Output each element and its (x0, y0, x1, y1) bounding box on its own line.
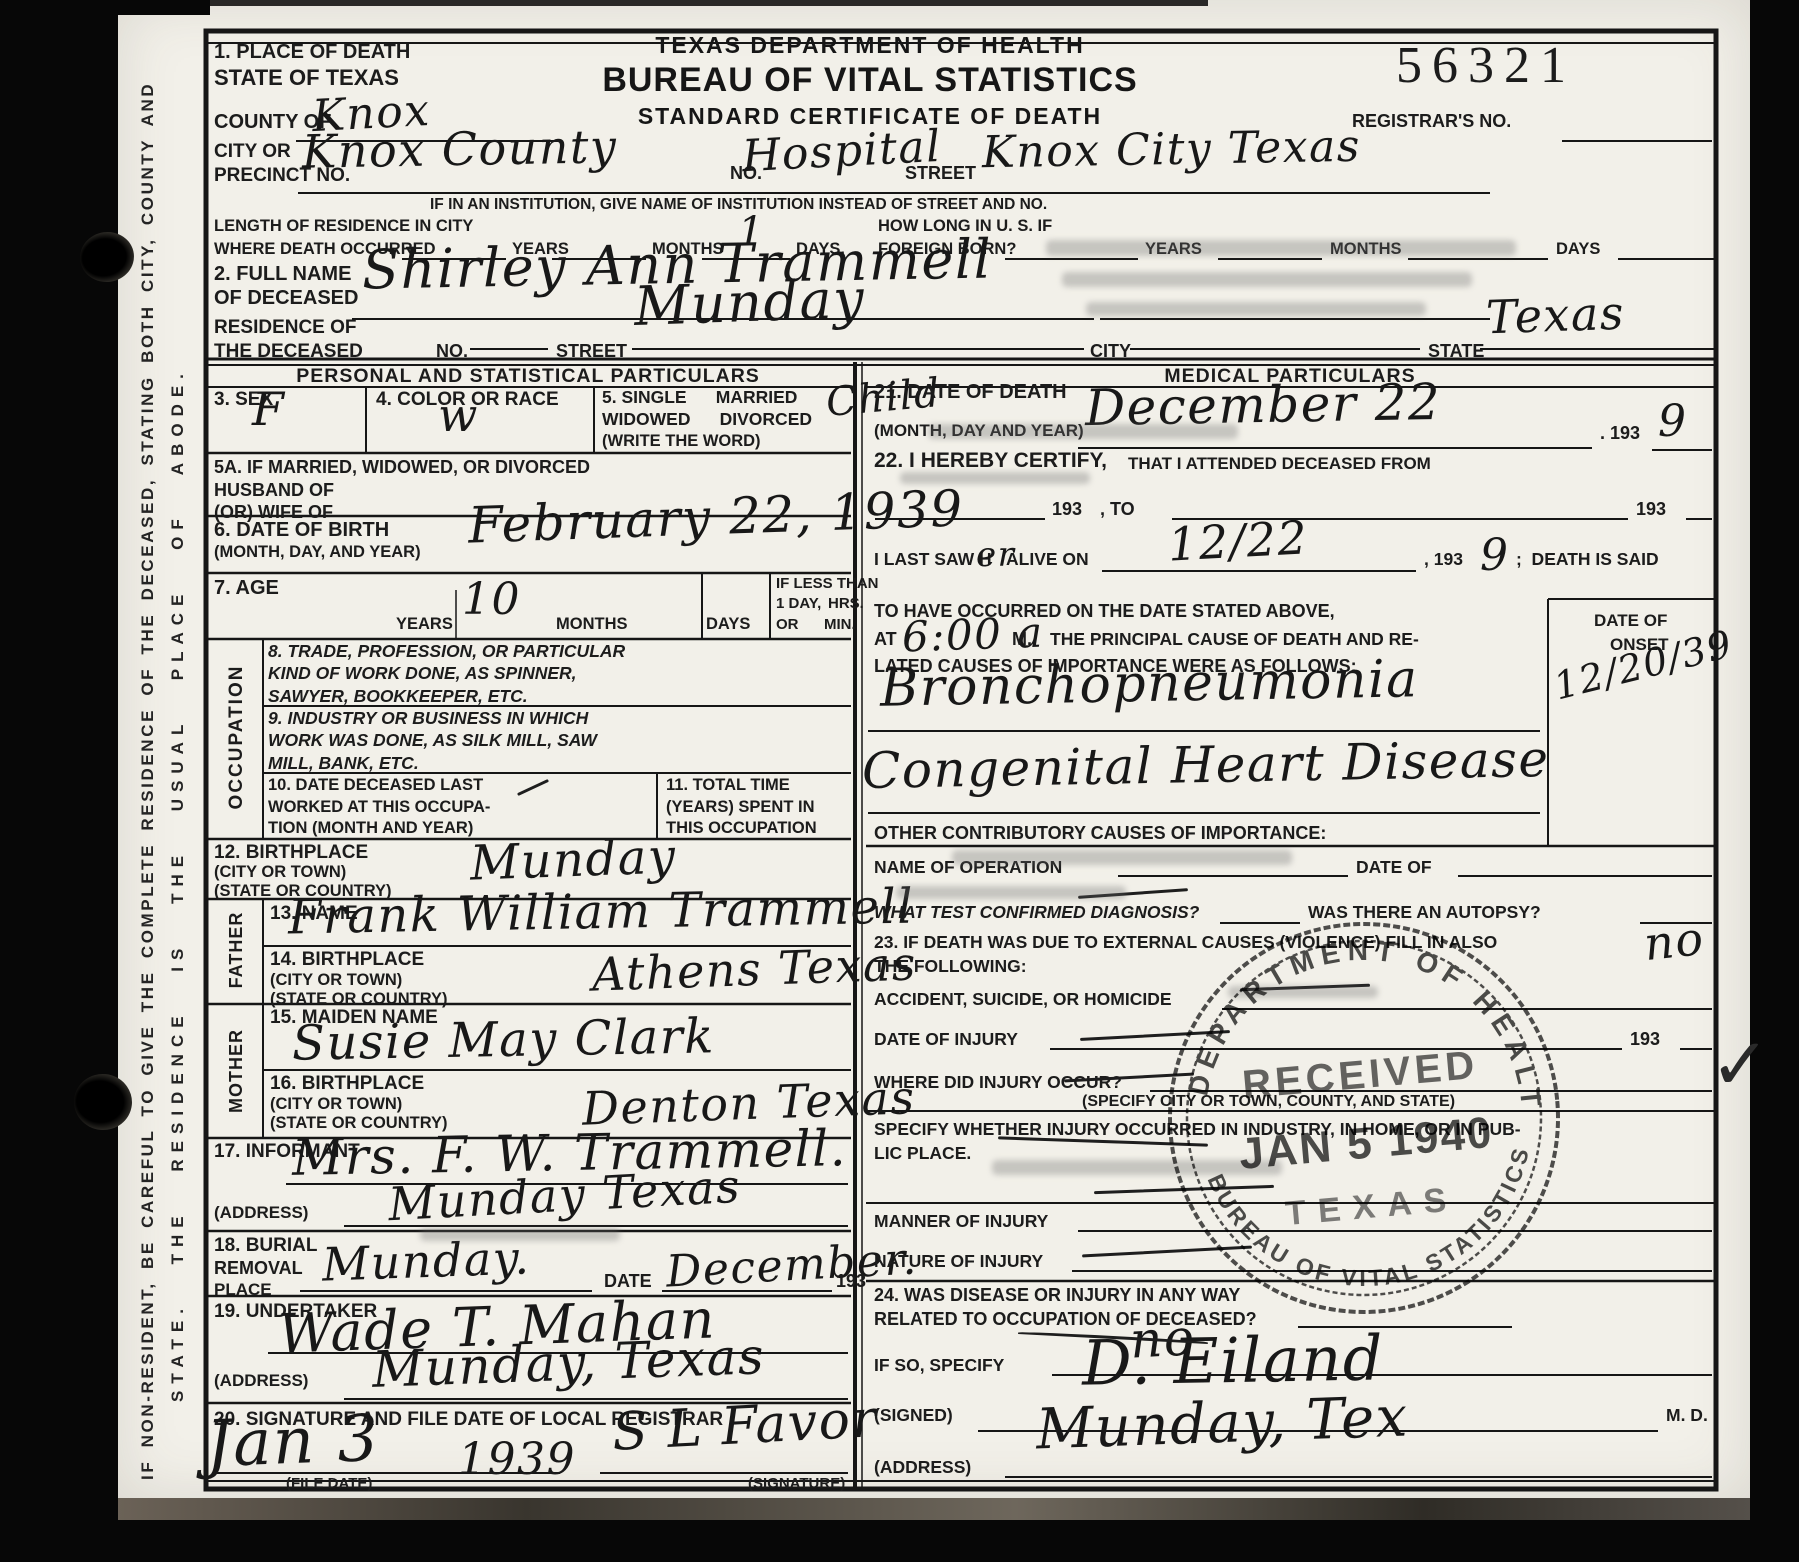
label-q21: 21. DATE OF DEATH (874, 382, 1067, 403)
stamp-date: JAN 5 1940 (1237, 1108, 1495, 1179)
label-age: 7. AGE (214, 578, 279, 599)
label-q16-city: (CITY OR TOWN) (270, 1096, 402, 1113)
label-q18-3: PLACE (214, 1281, 272, 1299)
label-q14-state: (STATE OR COUNTRY) (270, 991, 448, 1008)
label-resident-1: RESIDENCE OF (214, 318, 357, 338)
value-lastsaw-digit: 9 (1480, 534, 1510, 578)
value-burial-place: Munday. (321, 1234, 531, 1287)
label-burial-date: DATE (604, 1272, 652, 1291)
label-q18-1: 18. BURIAL (214, 1236, 317, 1256)
label-q22-year2: 193 (1636, 500, 1666, 519)
label-where-injury: WHERE DID INJURY OCCUR? (874, 1073, 1122, 1092)
received-stamp: DEPARTMENT OF HEALTH BUREAU OF VITAL STA… (1139, 893, 1590, 1344)
label-date-of: DATE OF (1356, 858, 1432, 877)
label-5a-2: HUSBAND OF (214, 481, 334, 500)
label-signature: (SIGNATURE) (748, 1476, 845, 1492)
label-marital-2: WIDOWED DIVORCED (602, 410, 812, 429)
label-other-contrib: OTHER CONTRIBUTORY CAUSES OF IMPORTANCE: (874, 824, 1326, 843)
label-what-test: WHAT TEST CONFIRMED DIAGNOSIS? (874, 903, 1199, 922)
label-fullname-2: OF DECEASED (214, 288, 358, 309)
bleed-artifact (896, 886, 1126, 899)
label-q10-1: 10. DATE DECEASED LAST (268, 777, 483, 794)
label-age-months: MONTHS (556, 616, 628, 633)
label-burial-year-stub: 193 (836, 1272, 866, 1291)
scanned-death-certificate: IF NON-RESIDENT, BE CAREFUL TO GIVE THE … (0, 0, 1799, 1562)
label-marital-3: (WRITE THE WORD) (602, 433, 761, 450)
label-fullname-1: 2. FULL NAME (214, 264, 351, 285)
label-q11-3: THIS OCCUPATION (666, 820, 817, 837)
label-street: STREET (905, 164, 976, 183)
label-q10-2: WORKED AT THIS OCCUPA- (268, 799, 490, 816)
label-signed-address: (ADDRESS) (874, 1458, 971, 1477)
label-dob-sub: (MONTH, DAY, AND YEAR) (214, 544, 421, 561)
label-place-of-death: 1. PLACE OF DEATH (214, 42, 410, 63)
label-at: AT (874, 630, 897, 649)
label-q14: 14. BIRTHPLACE (270, 950, 424, 970)
value-race: w (438, 392, 479, 438)
certificate-number: 56321 (1396, 38, 1576, 93)
label-state: STATE (1428, 342, 1484, 361)
value-registrar-signature: S L Favor (611, 1393, 879, 1459)
label-q9-1: 9. INDUSTRY OR BUSINESS IN WHICH (268, 709, 588, 728)
label-city-or: CITY OR (214, 142, 291, 162)
label-q9-3: MILL, BANK, ETC. (268, 754, 419, 773)
value-birthplace: Munday (469, 832, 677, 887)
value-file-year: 1939 (458, 1438, 576, 1482)
label-m: M. (1012, 630, 1032, 649)
value-cause-2: Congenital Heart Disease (862, 734, 1550, 796)
label-registrars-no: REGISTRAR'S NO. (1352, 112, 1511, 131)
label-5a-1: 5A. IF MARRIED, WIDOWED, OR DIVORCED (214, 458, 590, 477)
label-street-2: STREET (556, 342, 627, 361)
label-marital-1: 5. SINGLE MARRIED (602, 388, 797, 407)
label-date-injury: DATE OF INJURY (874, 1030, 1018, 1049)
label-signed: (SIGNED) (874, 1406, 953, 1425)
bleed-artifact (900, 472, 1090, 484)
bleed-artifact (1062, 272, 1472, 287)
label-if-less: IF LESS THAN (776, 576, 879, 592)
label-principal: THE PRINCIPAL CAUSE OF DEATH AND RE- (1050, 630, 1419, 649)
label-q8-2: KIND OF WORK DONE, AS SPINNER, (268, 664, 577, 683)
label-or: OR (776, 617, 799, 633)
vertical-father: FATHER (226, 900, 247, 1000)
header-titles: TEXAS DEPARTMENT OF HEALTH BUREAU OF VIT… (555, 32, 1185, 130)
label-min: MIN. (824, 617, 856, 633)
label-age-years: YEARS (396, 616, 453, 633)
label-onset-1: DATE OF (1594, 612, 1667, 630)
bleed-artifact (1086, 302, 1426, 316)
value-age: 10 (462, 578, 521, 622)
label-residence-length-1: LENGTH OF RESIDENCE IN CITY (214, 218, 473, 235)
label-q11-1: 11. TOTAL TIME (666, 777, 790, 794)
value-physician-address: Munday, Tex (1035, 1390, 1409, 1459)
label-q23-2: THE FOLLOWING: (874, 957, 1027, 976)
value-father-birthplace: Athens Texas (591, 940, 917, 997)
label-q9-2: WORK WAS DONE, AS SILK MILL, SAW (268, 731, 597, 750)
label-q19-address: (ADDRESS) (214, 1372, 308, 1390)
check-mark: ✓ (1710, 1028, 1772, 1100)
value-residence-state: Texas (1485, 290, 1625, 341)
value-q21-digit: 9 (1658, 400, 1688, 444)
label-q17-address: (ADDRESS) (214, 1204, 308, 1222)
label-q12: 12. BIRTHPLACE (214, 843, 368, 863)
value-residence-street: Munday (633, 272, 866, 334)
label-q16: 16. BIRTHPLACE (270, 1074, 424, 1094)
label-nature: NATURE OF INJURY (874, 1252, 1043, 1271)
vertical-mother: MOTHER (226, 1008, 247, 1134)
label-one-day: 1 DAY, (776, 596, 821, 612)
label-q8-3: SAWYER, BOOKKEEPER, ETC. (268, 687, 528, 706)
label-lastsaw-year: , 193 (1424, 550, 1463, 569)
label-resident-2: THE DECEASED (214, 342, 363, 362)
label-q22-lead: 22. I HEREBY CERTIFY, (874, 450, 1107, 472)
label-city: CITY (1090, 342, 1131, 361)
label-lastsaw-1: I LAST SAW H (874, 550, 992, 569)
value-cause-1: Bronchopneumonia (880, 653, 1419, 714)
label-q10-3: TION (MONTH AND YEAR) (268, 820, 473, 837)
label-no-2: NO. (436, 342, 468, 361)
value-precinct: Knox County (302, 123, 618, 174)
label-accident: ACCIDENT, SUICIDE, OR HOMICIDE (874, 990, 1172, 1009)
bleed-artifact (1046, 240, 1516, 256)
label-if-so: IF SO, SPECIFY (874, 1356, 1004, 1375)
label-days-2: DAYS (1556, 241, 1600, 258)
value-sex: F (252, 386, 285, 432)
value-file-date: Jan 3 (205, 1407, 381, 1477)
value-father-name: Frank William Trammell (288, 883, 915, 942)
label-q22-rest: THAT I ATTENDED DECEASED FROM (1128, 455, 1431, 473)
stamp-state: TEXAS (1284, 1180, 1460, 1233)
value-autopsy: no (1642, 915, 1707, 967)
label-specify-2: LIC PLACE. (874, 1144, 971, 1163)
label-q12-city: (CITY OR TOWN) (214, 864, 346, 881)
label-lastsaw-2: ALIVE ON (1006, 550, 1089, 569)
label-file-date: (FILE DATE) (286, 1476, 372, 1492)
section-personal: PERSONAL AND STATISTICAL PARTICULARS (296, 366, 760, 387)
value-street-city: Knox City Texas (982, 125, 1362, 176)
label-q21-year: . 193 (1600, 424, 1640, 443)
label-q22-to: , TO (1100, 500, 1135, 519)
stamp-received: RECEIVED (1241, 1043, 1480, 1107)
bleed-artifact (420, 1228, 620, 1241)
value-undertaker-address: Munday, Texas (371, 1331, 766, 1395)
title-department: TEXAS DEPARTMENT OF HEALTH (555, 32, 1185, 59)
label-q22-year1: 193 (1052, 500, 1082, 519)
label-state-of-texas: STATE OF TEXAS (214, 66, 399, 89)
label-manner: MANNER OF INJURY (874, 1212, 1048, 1231)
bleed-artifact (928, 424, 1238, 439)
label-age-days: DAYS (706, 616, 750, 633)
label-injury-year: 193 (1630, 1030, 1660, 1049)
title-bureau: BUREAU OF VITAL STATISTICS (555, 61, 1185, 100)
label-md: M. D. (1666, 1406, 1708, 1425)
bleed-artifact (952, 850, 1292, 865)
label-dob: 6. DATE OF BIRTH (214, 520, 389, 541)
label-q14-city: (CITY OR TOWN) (270, 972, 402, 989)
value-lastsaw-date: 12/22 (1167, 514, 1309, 567)
label-q18-2: REMOVAL (214, 1259, 303, 1278)
label-q8-1: 8. TRADE, PROFESSION, OR PARTICULAR (268, 642, 625, 661)
label-q11-2: (YEARS) SPENT IN (666, 799, 815, 816)
value-mother-name: Susie May Clark (292, 1012, 716, 1067)
label-death-said: ; DEATH IS SAID (1516, 550, 1659, 569)
label-hrs: HRS. (828, 596, 864, 612)
vertical-occupation: OCCUPATION (226, 642, 248, 832)
